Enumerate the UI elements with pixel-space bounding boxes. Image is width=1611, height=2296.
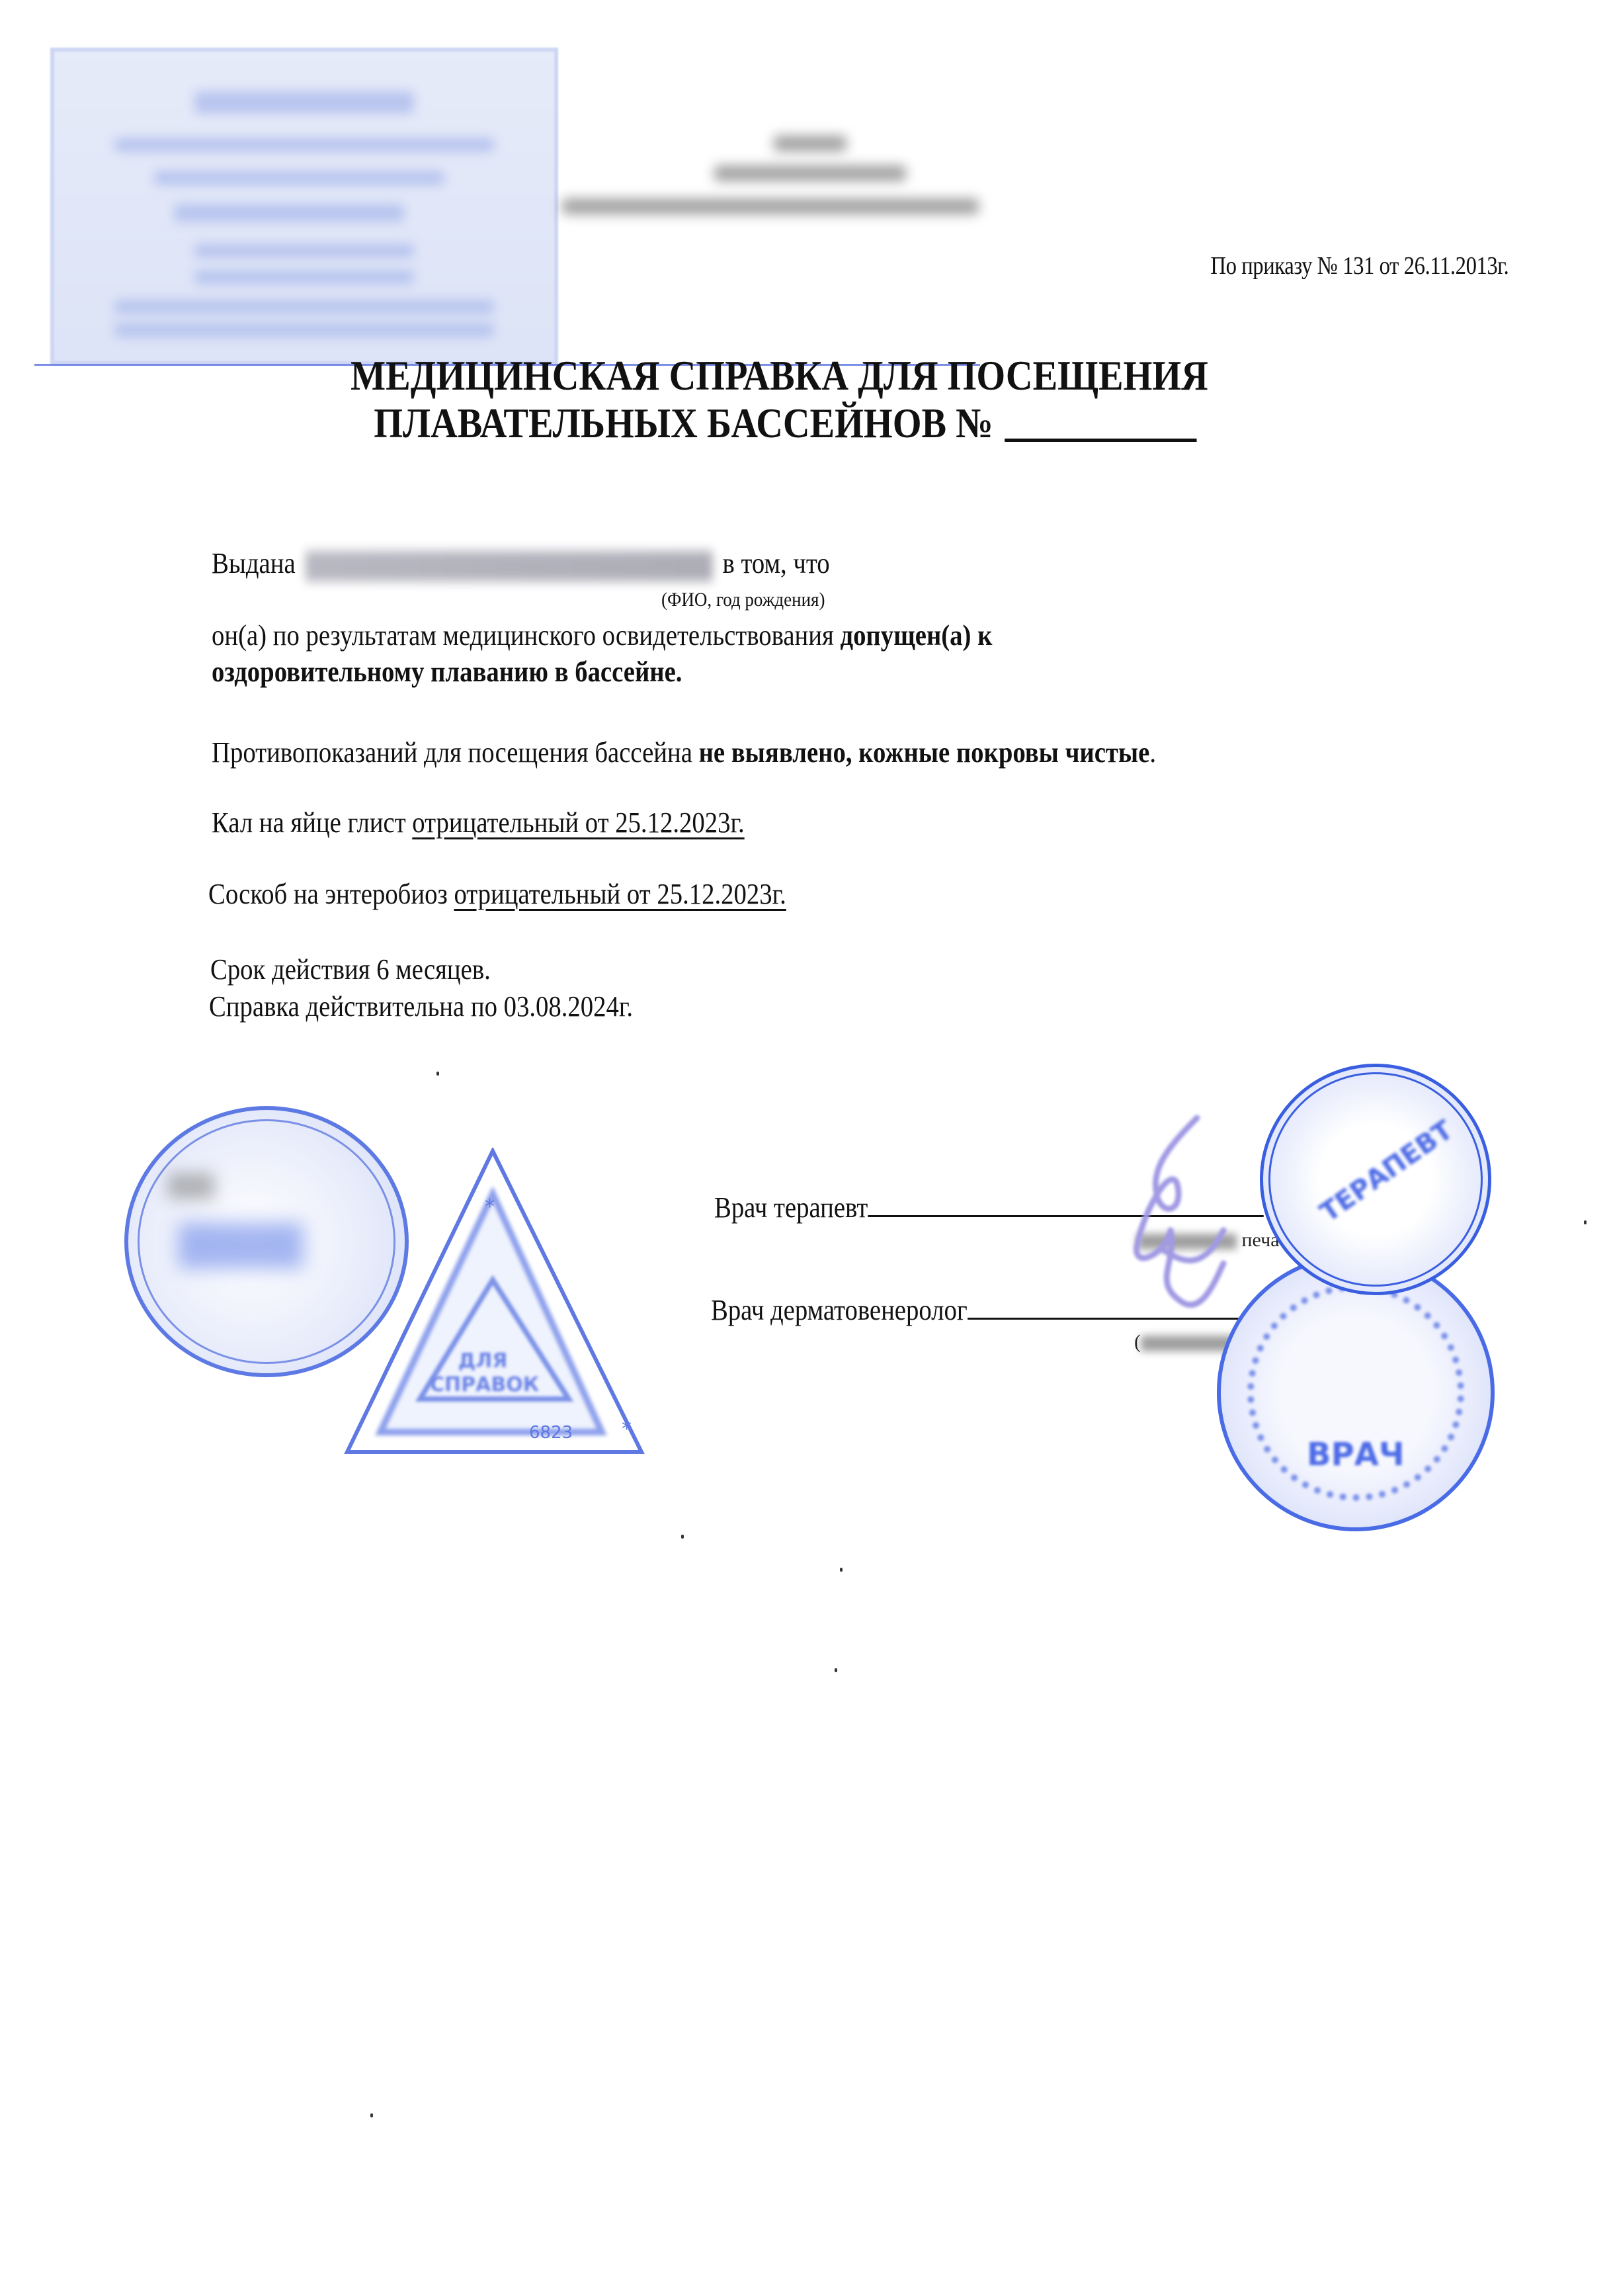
enterobiasis-test-line: Соскоб на энтеробиоз отрицательный от 25… (208, 877, 786, 912)
order-reference: По приказу № 131 от 26.11.2013г. (1210, 251, 1508, 280)
letterhead-redacted-line (562, 198, 979, 214)
title-line-2-text: ПЛАВАТЕЛЬНЫХ БАССЕЙНОВ № (374, 400, 993, 446)
stool-test-line: Кал на яйце глист отрицательный от 25.12… (212, 806, 745, 840)
star-icon: * (485, 1195, 495, 1218)
scan-speck (436, 1072, 439, 1076)
therapist-round-stamp: ТЕРАПЕВТ (1260, 1064, 1491, 1295)
triangle-stamp: * * ДЛЯ СПРАВОК 6823 (341, 1148, 645, 1459)
valid-until: Справка действительна по 03.08.2024г. (209, 990, 633, 1024)
stamp-redacted-line (194, 243, 415, 258)
stamp-redacted-line (194, 91, 415, 114)
admission-line-1: он(а) по результатам медицинского освиде… (212, 618, 992, 653)
issued-suffix: в том, что (723, 547, 830, 579)
scan-speck (840, 1568, 843, 1572)
dermatologist-label: Врач дерматовенеролог (711, 1294, 968, 1326)
title-line-2: ПЛАВАТЕЛЬНЫХ БАССЕЙНОВ № (351, 400, 1282, 447)
fio-caption: (ФИО, год рождения) (661, 589, 825, 611)
certificate-number-field (1005, 439, 1196, 442)
doctor-round-stamp: ВРАЧ (1217, 1254, 1495, 1531)
stool-test-result: отрицательный от 25.12.2023г. (412, 806, 744, 839)
admission-text: он(а) по результатам медицинского освиде… (212, 619, 834, 652)
organization-corner-stamp (50, 48, 558, 365)
contraindications-line: Противопоказаний для посещения бассейна … (212, 736, 1156, 770)
triangle-stamp-shape (341, 1148, 645, 1459)
triangle-label-line-1: ДЛЯ (430, 1349, 536, 1373)
validity-period: Срок действия 6 месяцев. (210, 953, 491, 987)
redacted-letterhead (549, 129, 1144, 235)
admission-bold: допущен(а) к (840, 619, 992, 652)
enterobiasis-test-label: Соскоб на энтеробиоз (208, 878, 448, 910)
issued-prefix: Выдана (212, 547, 296, 579)
handwritten-signature (1124, 1111, 1243, 1336)
stamp-redacted-line (114, 300, 495, 314)
stamp-redacted-line (114, 138, 495, 152)
stamp-redacted-line (194, 270, 415, 284)
therapist-label: Врач терапевт (714, 1191, 868, 1224)
stamp-redacted-text (168, 1173, 214, 1199)
scan-speck (681, 1535, 684, 1539)
triangle-label-line-2: СПРАВОК (430, 1373, 536, 1397)
scan-speck (835, 1668, 837, 1672)
stamp-redacted-text (178, 1222, 304, 1269)
stamp-redacted-line (154, 171, 444, 185)
admission-line-2: оздоровительному плаванию в бассейне. (212, 655, 682, 689)
contraindications-text: Противопоказаний для посещения бассейна (212, 736, 692, 769)
document-title: МЕДИЦИНСКАЯ СПРАВКА ДЛЯ ПОСЕЩЕНИЯ ПЛАВАТ… (351, 352, 1282, 447)
stamp-redacted-line (174, 204, 404, 222)
therapist-stamp-word: ТЕРАПЕВТ (1315, 1115, 1459, 1228)
scan-speck (370, 2113, 373, 2117)
stamp-redacted-line (114, 323, 495, 337)
triangle-stamp-number: 6823 (529, 1423, 573, 1443)
enterobiasis-test-result: отрицательный от 25.12.2023г. (454, 878, 786, 910)
scan-speck (1584, 1220, 1587, 1224)
star-icon: * (622, 1418, 632, 1441)
stool-test-label: Кал на яйце глист (212, 806, 406, 839)
redacted-patient-name (306, 551, 713, 581)
doctor-stamp-word: ВРАЧ (1307, 1436, 1405, 1473)
triangle-stamp-label: ДЛЯ СПРАВОК (430, 1349, 536, 1397)
letterhead-redacted-line (774, 136, 847, 151)
period: . (1149, 736, 1156, 769)
issued-to-line: Выдана в том, что (212, 546, 830, 581)
title-line-1: МЕДИЦИНСКАЯ СПРАВКА ДЛЯ ПОСЕЩЕНИЯ (351, 352, 1208, 399)
contraindications-result: не выявлено, кожные покровы чистые (699, 736, 1150, 769)
letterhead-redacted-line (714, 165, 906, 181)
